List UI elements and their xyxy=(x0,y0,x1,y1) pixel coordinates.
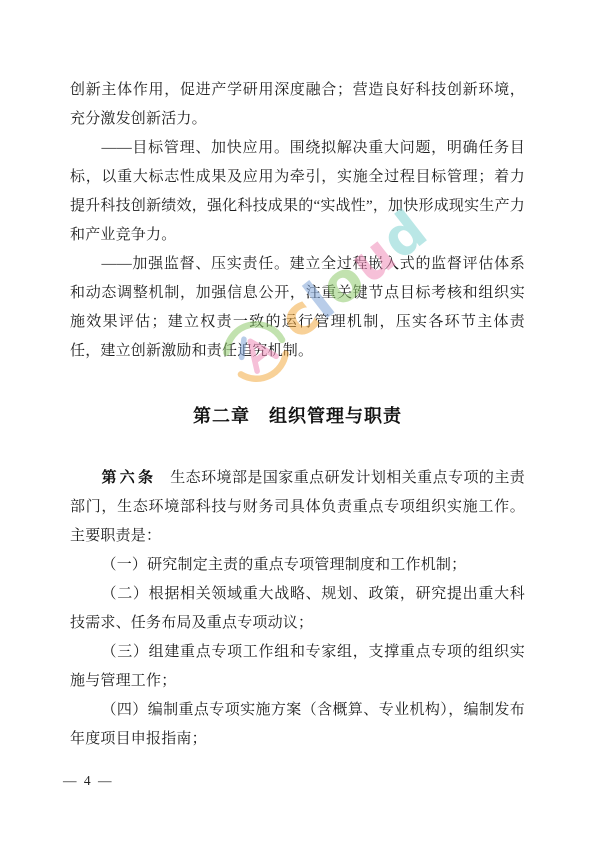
list-item: （一）研究制定主责的重点专项管理制度和工作机制； xyxy=(70,551,525,580)
paragraph: 创新主体作用，促进产学研用深度融合；营造良好科技创新环境，充分激发创新活力。 xyxy=(70,76,525,134)
paragraph-article-6: 第六条生态环境部是国家重点研发计划相关重点专项的主责部门，生态环境部科技与财务司… xyxy=(70,463,525,551)
chapter-heading: 第二章 组织管理与职责 xyxy=(70,402,525,431)
page-number: — 4 — xyxy=(63,771,525,791)
paragraph: ——目标管理、加快应用。围绕拟解决重大问题，明确任务目标，以重大标志性成果及应用… xyxy=(70,134,525,250)
list-item: （二）根据相关领域重大战略、规划、政策，研究提出重大科技需求、任务布局及重点专项… xyxy=(70,580,525,638)
document-content: 创新主体作用，促进产学研用深度融合；营造良好科技创新环境，充分激发创新活力。 —… xyxy=(0,0,595,791)
document-page: 创新主体作用，促进产学研用深度融合；营造良好科技创新环境，充分激发创新活力。 —… xyxy=(0,0,595,841)
article-label: 第六条 xyxy=(102,469,157,486)
list-item: （四）编制重点专项实施方案（含概算、专业机构），编制发布年度项目申报指南； xyxy=(70,696,525,754)
paragraph: ——加强监督、压实责任。建立全过程嵌入式的监督评估体系和动态调整机制，加强信息公… xyxy=(70,250,525,366)
list-item: （三）组建重点专项工作组和专家组，支撑重点专项的组织实施与管理工作； xyxy=(70,638,525,696)
